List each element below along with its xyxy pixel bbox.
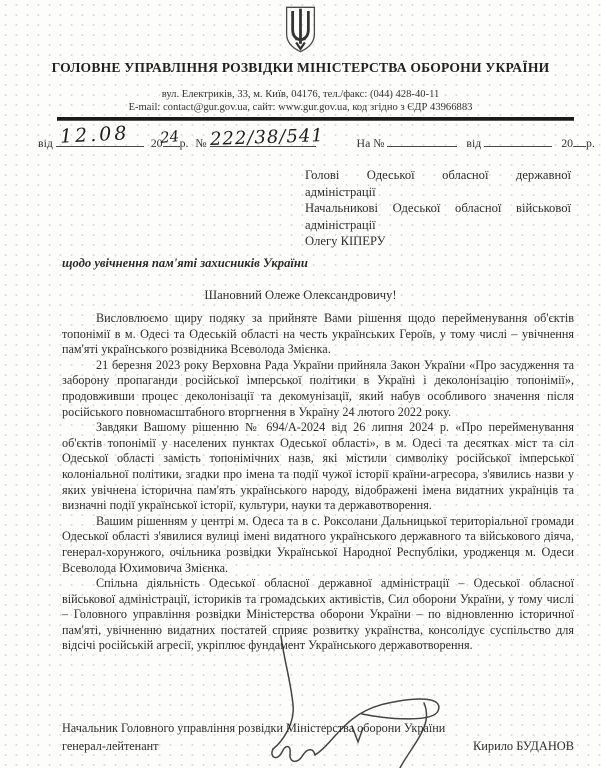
recipient-block: Голові Одеської обласної державної адмін… bbox=[305, 167, 571, 250]
header-divider-rule bbox=[57, 117, 574, 121]
handwritten-number: 222/38/541 bbox=[209, 125, 323, 150]
outgoing-from-label: від bbox=[38, 136, 53, 151]
signer-name: Кирило БУДАНОВ bbox=[473, 737, 574, 755]
outgoing-year-suffix: р. bbox=[180, 136, 189, 151]
incoming-date-blank bbox=[484, 133, 552, 147]
outgoing-year-blank: 24 bbox=[163, 133, 180, 147]
incoming-year-blank bbox=[573, 133, 586, 147]
body-paragraph: Завдяки Вашому рішенню № 694/А-2024 від … bbox=[62, 420, 574, 514]
incoming-year-prefix: 20 bbox=[561, 136, 573, 151]
organization-address: вул. Електриків, 33, м. Київ, 04176, тел… bbox=[0, 89, 601, 100]
recipient-name: Олегу КІПЕРУ bbox=[305, 233, 571, 250]
body-paragraph: Вашим рішенням у центрі м. Одеса та в с.… bbox=[62, 514, 574, 576]
outgoing-number-label: № bbox=[195, 136, 206, 151]
subject-line: щодо увічнення пам'яті захисників Україн… bbox=[62, 256, 573, 271]
incoming-number-label: На № bbox=[357, 136, 385, 151]
organization-contacts: E-mail: contact@gur.gov.ua, сайт: www.gu… bbox=[0, 102, 601, 113]
incoming-number-blank bbox=[387, 133, 457, 147]
outgoing-date-blank: 12.08 bbox=[56, 133, 144, 147]
handwritten-date: 12.08 bbox=[59, 122, 129, 148]
signer-position: Начальник Головного управління розвідки … bbox=[62, 719, 574, 737]
incoming-year-suffix: р. bbox=[586, 136, 595, 151]
incoming-from-label: від bbox=[466, 136, 481, 151]
signature-block: Начальник Головного управління розвідки … bbox=[62, 719, 574, 755]
recipient-line: Начальникові Одеської обласної військово… bbox=[305, 200, 571, 233]
organization-title: ГОЛОВНЕ УПРАВЛІННЯ РОЗВІДКИ МІНІСТЕРСТВА… bbox=[0, 60, 601, 76]
body-paragraph: Спільна діяльність Одеської обласної дер… bbox=[62, 576, 574, 654]
reference-line: від 12.08 20 24 р. № 222/38/541 На № від… bbox=[38, 133, 578, 151]
handwritten-year: 24 bbox=[159, 127, 180, 147]
salutation: Шановний Олеже Олександровичу! bbox=[0, 288, 601, 303]
scanned-letter-page: ГОЛОВНЕ УПРАВЛІННЯ РОЗВІДКИ МІНІСТЕРСТВА… bbox=[0, 0, 601, 768]
outgoing-year-prefix: 20 bbox=[151, 136, 163, 151]
outgoing-number-blank: 222/38/541 bbox=[210, 133, 316, 147]
ukraine-trident-emblem-icon bbox=[282, 5, 319, 54]
body-paragraph: 21 березня 2023 року Верховна Рада Украї… bbox=[62, 358, 574, 420]
recipient-line: Голові Одеської обласної державної адмін… bbox=[305, 167, 571, 200]
letter-body: Висловлюємо щиру подяку за прийняте Вами… bbox=[62, 311, 574, 654]
body-paragraph: Висловлюємо щиру подяку за прийняте Вами… bbox=[62, 311, 574, 358]
